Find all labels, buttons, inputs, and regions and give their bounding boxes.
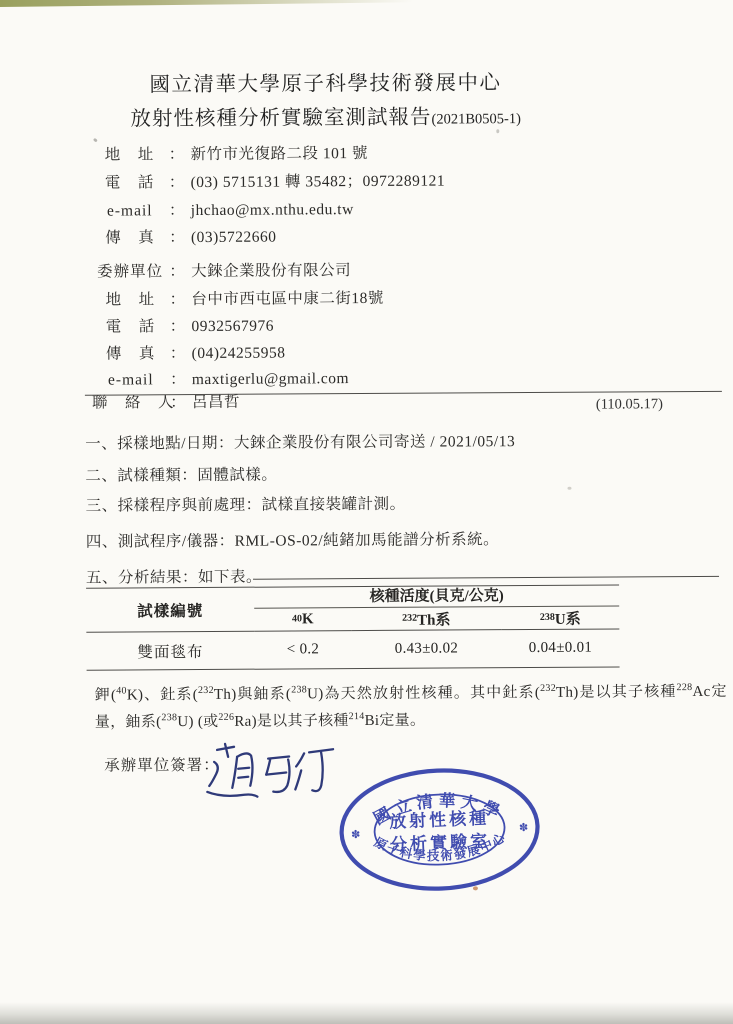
report-title-text: 放射性核種分析實驗室測試報告 xyxy=(130,107,431,131)
scanned-report-page: 國立清華大學原子科學技術發展中心 放射性核種分析實驗室測試報告(2021B050… xyxy=(0,0,733,1024)
client-org-label: 委辦單位 xyxy=(91,259,169,281)
scan-speck xyxy=(496,129,499,133)
client-address-label: 地 址 xyxy=(91,287,169,309)
scan-edge-artifact-bottom xyxy=(0,1002,733,1024)
item-test-procedure: 四、測試程序/儀器：RML-OS-02/純鍺加馬能譜分析系統。 xyxy=(86,527,499,552)
item-analysis-results: 五、分析結果：如下表。 xyxy=(86,565,262,588)
colon: ： xyxy=(169,225,185,247)
client-phone-label: 電 話 xyxy=(91,314,169,336)
client-org-value: 大錸企業股份有限公司 xyxy=(191,262,351,280)
client-contact-value: 呂昌哲 xyxy=(192,394,240,411)
stamp-center-line2: 分析實驗室 xyxy=(390,831,491,855)
client-phone-value: 0932567976 xyxy=(191,318,274,336)
nuclide-footnote: 鉀(40K)、釷系(232Th)與鈾系(238U)為天然放射性核種。其中釷系(2… xyxy=(95,679,727,736)
colon: ： xyxy=(169,198,185,220)
nuclide-header-th232: 232Th系 xyxy=(351,607,501,631)
sample-name-cell: 雙面毯布 xyxy=(86,632,254,670)
lab-email-row: e-mail：jhchao@mx.nthu.edu.tw xyxy=(91,197,354,221)
colon: ： xyxy=(170,341,186,363)
organization-title: 國立清華大學原子科學技術發展中心 xyxy=(0,64,653,98)
lab-fax-row: 傳 真：(03)5722660 xyxy=(91,225,277,248)
u238-value-cell: 0.04±0.01 xyxy=(501,629,619,667)
client-address-row: 地 址：台中市西屯區中康二街18號 xyxy=(91,286,384,310)
colon: ： xyxy=(169,314,185,336)
colon: ： xyxy=(168,142,184,164)
client-address-value: 台中市西屯區中康二街18號 xyxy=(191,290,384,308)
client-fax-label: 傳 真 xyxy=(92,341,170,363)
activity-group-header: 核種活度(貝克/公克) xyxy=(254,585,619,608)
th232-value-cell: 0.43±0.02 xyxy=(351,630,501,668)
stamp-rosette-right-icon: ✽ xyxy=(519,822,529,834)
nuclide-header-k40: 40K xyxy=(254,608,351,632)
colon: ： xyxy=(170,367,186,389)
scan-speck xyxy=(473,886,478,890)
client-phone-row: 電 話：0932567976 xyxy=(91,314,274,337)
report-number: (2021B0505-1) xyxy=(431,111,521,128)
date-note: (110.05.17) xyxy=(596,396,663,413)
document-content: 國立清華大學原子科學技術發展中心 放射性核種分析實驗室測試報告(2021B050… xyxy=(0,0,733,1024)
colon: ： xyxy=(169,170,185,192)
item-sampling-procedure: 三、採樣程序與前處理：試樣直接裝罐計測。 xyxy=(86,492,406,516)
lab-phone-label: 電 話 xyxy=(91,170,169,192)
item-sample-type: 二、試樣種類：固體試樣。 xyxy=(85,463,277,486)
signature-handwriting xyxy=(200,735,342,814)
report-title: 放射性核種分析實驗室測試報告(2021B0505-1) xyxy=(0,98,653,132)
nuclide-header-u238: 238U系 xyxy=(501,606,619,630)
client-email-row: e-mail：maxtigerlu@gmail.com xyxy=(92,366,349,390)
scan-speck xyxy=(567,487,571,490)
client-email-label: e-mail xyxy=(92,371,170,389)
stamp-center-line1: 放射性核種 xyxy=(389,808,490,832)
colon: ： xyxy=(169,259,185,281)
stamp-rosette-left-icon: ✽ xyxy=(351,829,361,841)
colon: ： xyxy=(169,287,185,309)
item-sampling-location: 一、採樣地點/日期：大錸企業股份有限公司寄送 / 2021/05/13 xyxy=(85,429,515,454)
lab-email-label: e-mail xyxy=(91,202,169,220)
k40-value-cell: < 0.2 xyxy=(254,631,351,669)
client-fax-row: 傳 真：(04)24255958 xyxy=(92,340,286,363)
lab-address-value: 新竹市光復路二段 101 號 xyxy=(190,145,368,163)
client-org-row: 委辦單位：大錸企業股份有限公司 xyxy=(91,258,351,282)
client-fax-value: (04)24255958 xyxy=(192,344,286,362)
lab-stamp: 國立清華大學 原子科學技術發展中心 放射性核種 分析實驗室 ✽ ✽ xyxy=(334,761,545,897)
lab-fax-label: 傳 真 xyxy=(91,225,169,247)
lab-email-value: jhchao@mx.nthu.edu.tw xyxy=(191,201,354,219)
results-table: 試樣編號 核種活度(貝克/公克) 40K 232Th系 238U系 雙面毯布 <… xyxy=(86,584,619,670)
lab-fax-value: (03)5722660 xyxy=(191,229,277,247)
lab-phone-row: 電 話：(03) 5715131 轉 35482；0972289121 xyxy=(91,169,446,193)
results-heading-rule xyxy=(253,576,719,580)
lab-address-row: 地 址：新竹市光復路二段 101 號 xyxy=(90,141,368,165)
lab-address-label: 地 址 xyxy=(90,142,168,164)
sample-id-header: 試樣編號 xyxy=(86,588,254,633)
client-email-value: maxtigerlu@gmail.com xyxy=(192,370,349,388)
lab-phone-value: (03) 5715131 轉 35482；0972289121 xyxy=(191,173,446,192)
